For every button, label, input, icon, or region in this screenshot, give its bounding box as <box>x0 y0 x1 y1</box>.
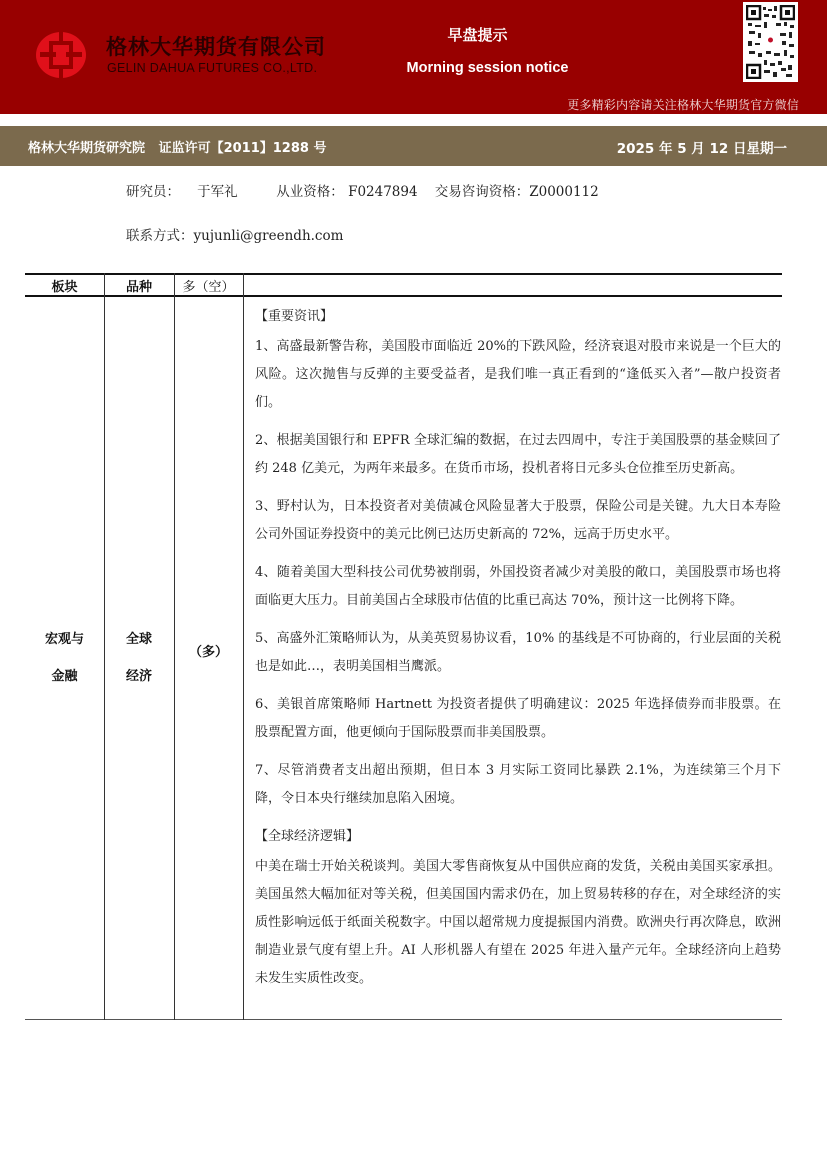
logic-section-title: 【全球经济逻辑】 <box>255 823 781 851</box>
sector-line-1: 宏观与 <box>25 628 104 647</box>
header-variety: 品种 <box>104 276 174 295</box>
col-divider <box>243 273 244 1020</box>
news-item: 2、根据美国银行和 EPFR 全球汇编的数据，在过去四周中，专注于美国股票的基金… <box>255 427 781 483</box>
contact-info: 联系方式：yujunli@greendh.com <box>126 224 343 244</box>
news-item: 6、美银首席策略师 Hartnett 为投资者提供了明确建议：2025 年选择债… <box>255 691 781 747</box>
table-bottom-border <box>25 1019 782 1020</box>
news-item: 3、野村认为，日本投资者对美债减仓风险显著大于股票，保险公司是关键。九大日本寿险… <box>255 493 781 549</box>
sector-line-2: 金融 <box>25 665 104 684</box>
follow-wechat-text: 更多精彩内容请关注格林大华期货官方微信 <box>567 96 799 113</box>
variety-line-1: 全球 <box>104 628 174 647</box>
report-table: 板块 品种 多（空） 宏观与 金融 全球 经济 （多） 【重要资讯】 1、高盛最… <box>25 273 782 1021</box>
news-item: 5、高盛外汇策略师认为，从美英贸易协议看，10% 的基线是不可协商的，行业层面的… <box>255 625 781 681</box>
wechat-qr-code-icon <box>743 2 798 82</box>
report-date: 2025 年 5 月 12 日星期一 <box>617 137 787 157</box>
direction-value: （多） <box>174 641 243 660</box>
header-band: 格林大华期货有限公司 GELIN DAHUA FUTURES CO.,LTD. … <box>0 0 827 114</box>
table-header-border <box>25 295 782 297</box>
institute-license: 格林大华期货研究院 证监许可【2011】1288 号 <box>28 137 326 156</box>
variety-line-2: 经济 <box>104 665 174 684</box>
logic-paragraph: 中美在瑞士开始关税谈判。美国大零售商恢复从中国供应商的发货，关税由美国买家承担。… <box>255 853 781 993</box>
notice-title-cn: 早盘提示 <box>0 24 827 45</box>
header-direction: 多（空） <box>174 276 243 295</box>
header-sector: 板块 <box>25 276 104 295</box>
news-item: 4、随着美国大型科技公司优势被削弱，外国投资者减少对美股的敞口，美国股票市场也将… <box>255 559 781 615</box>
notice-title-en: Morning session notice <box>0 60 827 76</box>
subheader-band: 格林大华期货研究院 证监许可【2011】1288 号 2025 年 5 月 12… <box>0 126 827 166</box>
report-content: 【重要资讯】 1、高盛最新警告称，美国股市面临近 20%的下跌风险，经济衰退对股… <box>255 303 781 1003</box>
news-item: 1、高盛最新警告称，美国股市面临近 20%的下跌风险，经济衰退对股市来说是一个巨… <box>255 333 781 417</box>
news-section-title: 【重要资讯】 <box>255 303 781 331</box>
table-top-border <box>25 273 782 275</box>
news-item: 7、尽管消费者支出超出预期，但日本 3 月实际工资同比暴跌 2.1%，为连续第三… <box>255 757 781 813</box>
researcher-info: 研究员： 于军礼 从业资格： F0247894 交易咨询资格：Z0000112 <box>126 180 599 200</box>
